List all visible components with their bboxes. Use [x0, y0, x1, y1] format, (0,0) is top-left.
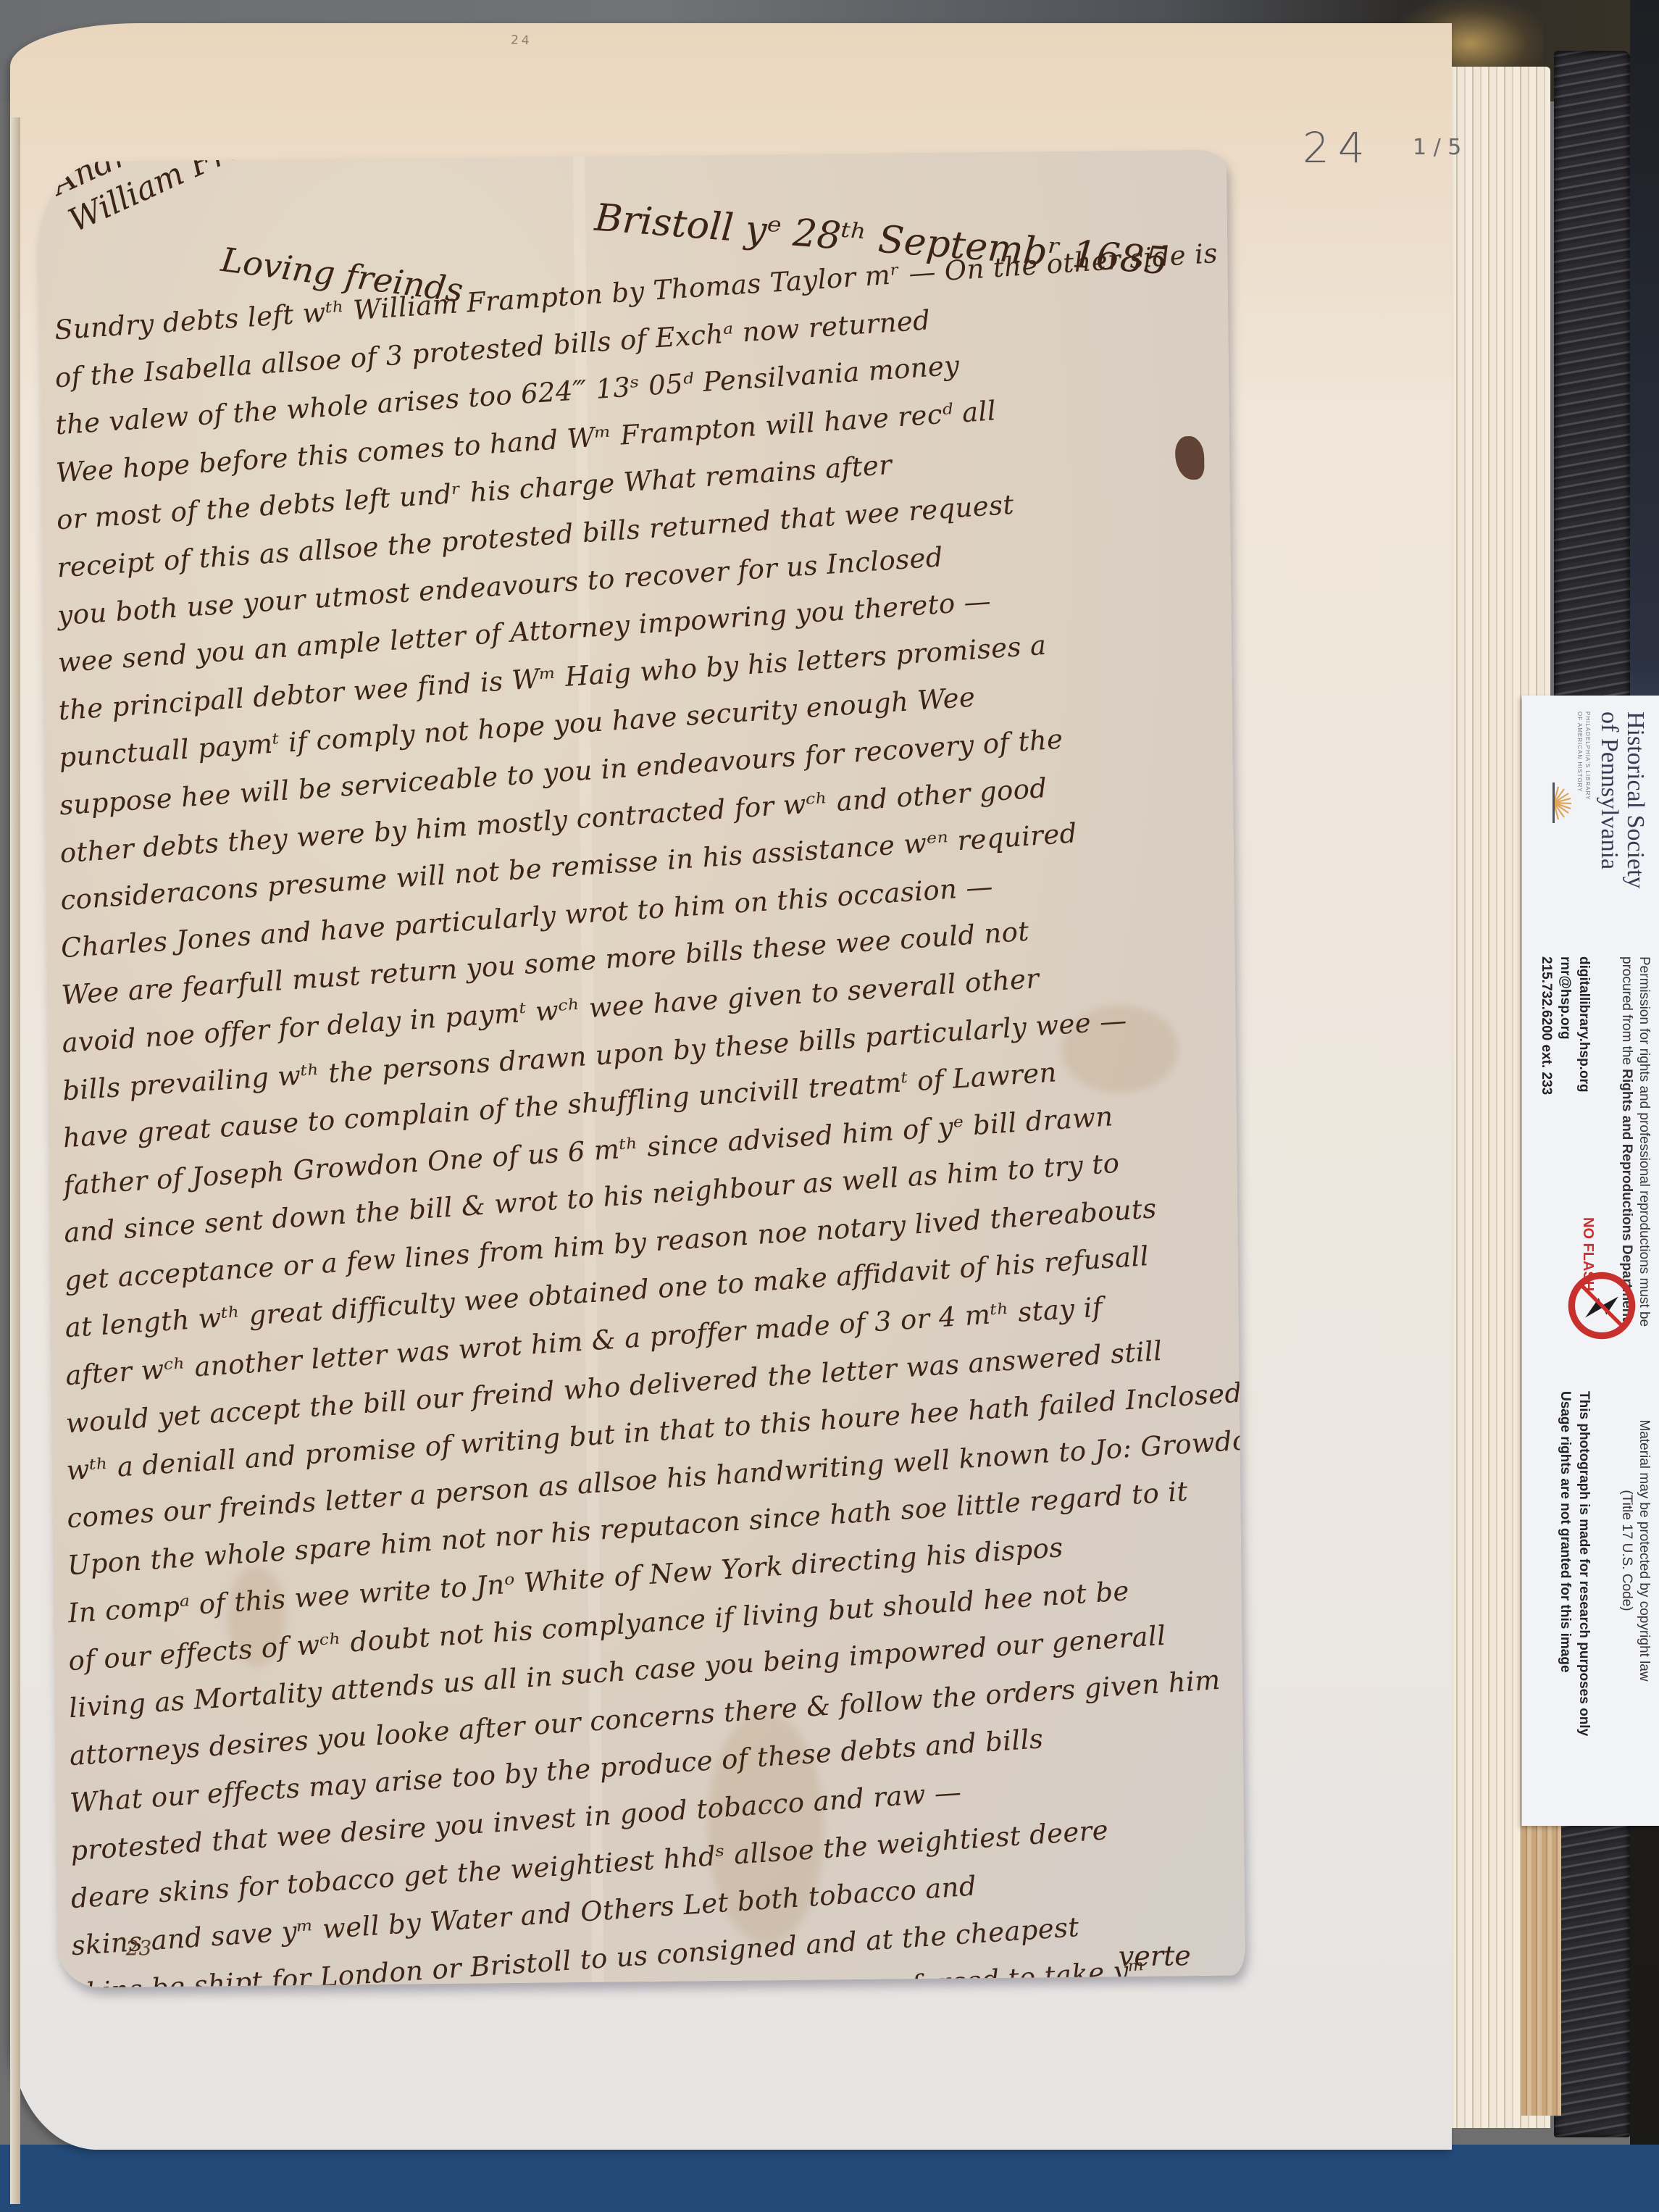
folio-mark: 23 [126, 1936, 152, 1960]
hsp-permission-label: Historical Society of Pennsylvania PHILA… [1522, 696, 1659, 1826]
blue-cloth-background [0, 2145, 1659, 2212]
letter-body: Sundry debts left wᵗʰ William Frampton b… [54, 295, 1233, 1988]
album-page-edges-lower [1521, 1826, 1561, 2116]
edge-marks: 1 / 5 [1413, 138, 1461, 158]
sunburst-logo-icon [1551, 781, 1573, 825]
hsp-tagline: PHILADELPHIA'S LIBRARY OF AMERICAN HISTO… [1576, 711, 1592, 801]
catchword-verte: verte [1119, 1940, 1191, 1972]
copyright-notice: Material may be protected by copyright l… [1618, 1391, 1652, 1710]
hsp-org-name: Historical Society of Pennsylvania [1596, 711, 1648, 889]
hsp-logo: Historical Society of Pennsylvania PHILA… [1531, 711, 1654, 893]
manuscript-text: Andrew Robeson & William Frampton Bristo… [38, 149, 1245, 1987]
manuscript-letter: Andrew Robeson & William Frampton Bristo… [38, 149, 1245, 1987]
phone-number: 215.732.6200 ext. 233 [1537, 956, 1555, 1095]
research-use-notice: This photograph is made for research pur… [1555, 1391, 1593, 1736]
no-flash-icon [1564, 1268, 1639, 1343]
page-number: 24 [1303, 123, 1374, 172]
addressee: Andrew Robeson & William Frampton [46, 149, 364, 241]
email-link[interactable]: rnr@hsp.org [1555, 956, 1574, 1095]
album-gutter [10, 117, 20, 2204]
pencil-page-number: 24 [511, 33, 532, 48]
website-link[interactable]: digitallibrary.hsp.org [1574, 956, 1593, 1095]
contact-info: digitallibrary.hsp.org rnr@hsp.org 215.7… [1537, 956, 1593, 1095]
